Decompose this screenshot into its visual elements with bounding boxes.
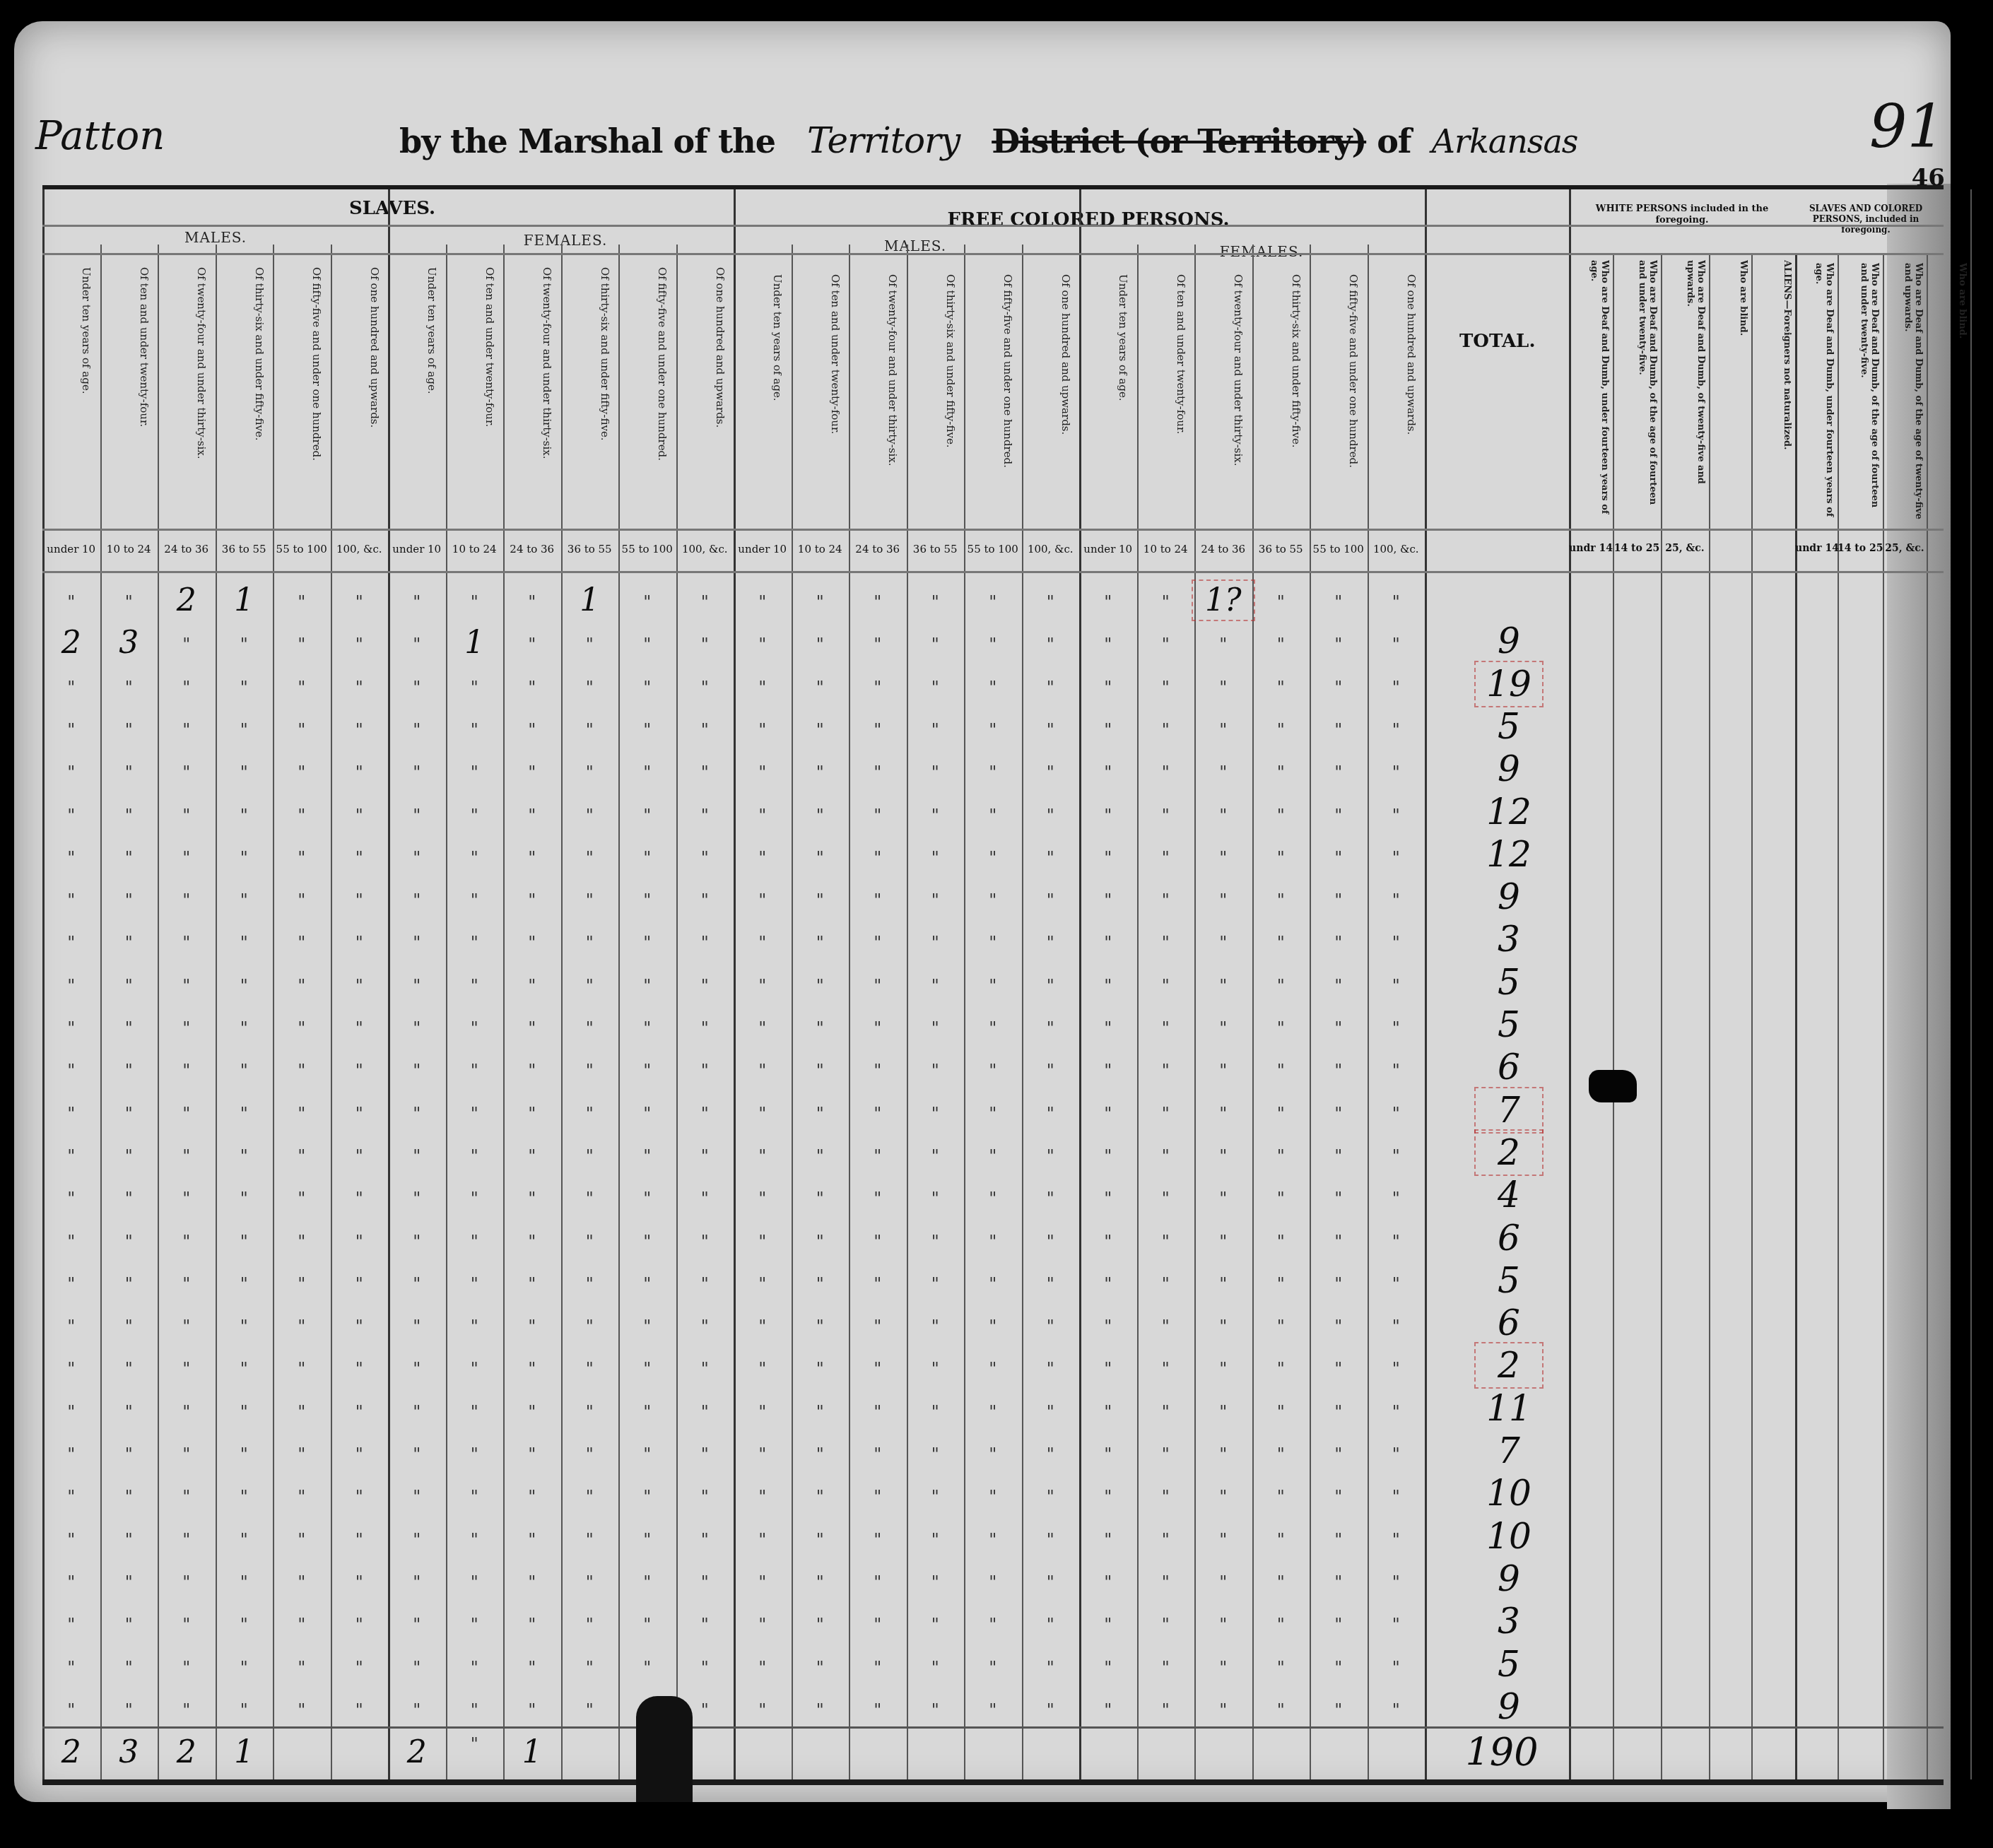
census-cell: " — [734, 806, 792, 825]
census-cell: " — [1022, 1274, 1080, 1294]
census-cell: " — [388, 635, 446, 654]
census-cell: " — [561, 678, 619, 698]
census-cell: " — [42, 592, 100, 612]
census-cell: " — [388, 592, 446, 612]
census-cell: " — [331, 1444, 389, 1464]
census-cell: " — [964, 1189, 1022, 1208]
census-cell: " — [158, 1487, 216, 1507]
age-range-label: 10 to 24 — [1137, 543, 1195, 555]
census-cell: " — [446, 933, 504, 953]
census-cell: " — [1310, 678, 1368, 698]
census-cell: " — [1252, 1317, 1310, 1336]
census-cell: " — [273, 933, 331, 953]
census-cell: " — [1368, 1700, 1425, 1720]
census-cell: " — [388, 1444, 446, 1464]
census-cell: " — [1079, 933, 1137, 953]
census-cell: " — [388, 848, 446, 868]
column-description: Of one hundred and upwards. — [686, 267, 726, 522]
age-range-label: 24 to 36 — [1194, 543, 1252, 555]
census-cell: " — [1310, 933, 1368, 953]
census-cell: " — [503, 1444, 561, 1464]
census-cell: " — [1310, 763, 1368, 782]
census-cell: " — [331, 890, 389, 910]
census-cell: " — [1079, 1104, 1137, 1124]
census-cell: " — [42, 763, 100, 782]
census-cell: " — [503, 1700, 561, 1720]
census-cell: " — [1252, 1018, 1310, 1038]
row-total: 9 — [1477, 1686, 1541, 1727]
census-cell: " — [734, 592, 792, 612]
census-cell: " — [158, 1317, 216, 1336]
census-cell: " — [1194, 1189, 1252, 1208]
census-cell: " — [331, 1274, 389, 1294]
census-cell: " — [216, 1530, 274, 1550]
census-cell: " — [1194, 720, 1252, 740]
census-cell: " — [907, 933, 965, 953]
census-cell: " — [100, 1018, 158, 1038]
census-cell: " — [446, 592, 504, 612]
census-cell: " — [331, 635, 389, 654]
census-cell: " — [1194, 1061, 1252, 1081]
census-cell: " — [618, 1572, 676, 1592]
census-cell: " — [100, 1232, 158, 1252]
census-cell: " — [964, 592, 1022, 612]
census-cell: " — [331, 1317, 389, 1336]
census-cell: " — [792, 1700, 849, 1720]
census-cell: " — [1194, 1700, 1252, 1720]
census-cell: " — [1194, 1146, 1252, 1166]
census-cell: " — [1252, 1658, 1310, 1678]
census-cell: " — [42, 1104, 100, 1124]
census-cell: " — [158, 1104, 216, 1124]
census-cell: " — [792, 848, 849, 868]
census-cell: " — [1368, 1402, 1425, 1422]
census-cell: " — [1194, 1104, 1252, 1124]
census-cell: " — [158, 1189, 216, 1208]
census-cell: " — [158, 1615, 216, 1635]
census-cell: 1 — [561, 582, 619, 618]
census-cell: " — [42, 1189, 100, 1208]
census-cell: " — [42, 1402, 100, 1422]
census-cell: " — [100, 1700, 158, 1720]
census-cell: " — [446, 1274, 504, 1294]
census-cell: " — [388, 1402, 446, 1422]
census-cell: " — [273, 1658, 331, 1678]
census-cell: " — [676, 1658, 734, 1678]
census-cell: " — [964, 1700, 1022, 1720]
census-cell: " — [849, 1359, 907, 1379]
slaves-males-label: MALES. — [42, 229, 389, 246]
census-cell: " — [1310, 720, 1368, 740]
census-cell: " — [388, 1572, 446, 1592]
row-total: 2 — [1477, 1345, 1541, 1386]
included-range-label: 14 to 25 — [1838, 543, 1883, 554]
census-cell: " — [1079, 763, 1137, 782]
census-cell: " — [216, 1359, 274, 1379]
census-cell: " — [849, 763, 907, 782]
census-cell: " — [1368, 1104, 1425, 1124]
census-cell: " — [849, 1018, 907, 1038]
census-cell: " — [676, 1274, 734, 1294]
age-range-label: 36 to 55 — [1252, 543, 1310, 555]
census-cell: " — [331, 1018, 389, 1038]
included-column-description: Who are blind. — [1713, 260, 1748, 522]
census-cell: " — [1252, 806, 1310, 825]
census-cell: " — [216, 1232, 274, 1252]
census-cell: " — [1022, 1189, 1080, 1208]
census-cell: " — [561, 1061, 619, 1081]
title-prefix: by the Marshal of the — [399, 122, 775, 160]
census-cell: " — [561, 1189, 619, 1208]
census-cell: " — [1194, 1658, 1252, 1678]
census-cell: " — [907, 635, 965, 654]
census-cell: " — [1252, 1359, 1310, 1379]
census-cell: " — [446, 1700, 504, 1720]
census-cell: " — [216, 635, 274, 654]
census-cell: " — [503, 592, 561, 612]
census-cell: " — [792, 1274, 849, 1294]
census-cell: " — [1252, 678, 1310, 698]
census-cell: " — [503, 1018, 561, 1038]
census-cell: " — [1252, 1487, 1310, 1507]
census-cell: " — [964, 763, 1022, 782]
census-cell: " — [792, 763, 849, 782]
census-cell: " — [158, 678, 216, 698]
census-cell: " — [734, 635, 792, 654]
census-cell: " — [1368, 720, 1425, 740]
census-cell: " — [42, 1359, 100, 1379]
census-cell: " — [216, 1189, 274, 1208]
column-description: Under ten years of age. — [1089, 274, 1129, 529]
census-cell: " — [446, 890, 504, 910]
census-cell: " — [561, 1104, 619, 1124]
census-cell: " — [907, 890, 965, 910]
census-cell: " — [42, 933, 100, 953]
census-cell: " — [388, 763, 446, 782]
census-cell: " — [964, 1487, 1022, 1507]
census-cell: " — [100, 933, 158, 953]
census-cell: " — [1137, 678, 1195, 698]
census-cell: " — [792, 1061, 849, 1081]
census-cell: " — [734, 1572, 792, 1592]
census-cell: " — [676, 763, 734, 782]
census-cell: " — [907, 1104, 965, 1124]
census-cell: " — [446, 1658, 504, 1678]
census-cell: " — [1194, 635, 1252, 654]
census-cell: " — [734, 890, 792, 910]
census-cell: " — [273, 1615, 331, 1635]
census-cell: " — [273, 1572, 331, 1592]
row-total: 3 — [1477, 1601, 1541, 1642]
census-cell: " — [964, 1061, 1022, 1081]
census-cell: " — [503, 1146, 561, 1166]
census-cell: " — [158, 976, 216, 996]
totals-cell: 3 — [100, 1734, 158, 1770]
census-cell: 2 — [42, 625, 100, 661]
census-cell: " — [100, 1274, 158, 1294]
column-description: Under ten years of age. — [52, 267, 92, 522]
census-cell: " — [1079, 1615, 1137, 1635]
census-cell: " — [1022, 976, 1080, 996]
column-description: Of fifty-five and under one hundred. — [974, 274, 1013, 529]
census-cell: " — [100, 1658, 158, 1678]
census-cell: " — [1022, 678, 1080, 698]
age-range-label: 36 to 55 — [216, 543, 274, 555]
census-cell: " — [1252, 1700, 1310, 1720]
census-cell: " — [446, 1189, 504, 1208]
census-cell: " — [216, 1018, 274, 1038]
census-cell: " — [42, 1274, 100, 1294]
census-cell: " — [849, 678, 907, 698]
column-rule — [1795, 253, 1797, 1779]
census-cell: " — [676, 592, 734, 612]
census-cell: " — [849, 635, 907, 654]
census-cell: " — [1137, 1018, 1195, 1038]
census-cell: " — [1194, 890, 1252, 910]
census-cell: " — [158, 1146, 216, 1166]
included-column-description: Who are Deaf and Dumb, under fourteen ye… — [1573, 260, 1610, 522]
census-cell: " — [100, 1402, 158, 1422]
census-cell: " — [42, 1487, 100, 1507]
census-cell: " — [1194, 1572, 1252, 1592]
census-cell: " — [618, 1146, 676, 1166]
census-cell: " — [676, 1402, 734, 1422]
census-cell: " — [158, 1232, 216, 1252]
census-cell: " — [618, 1487, 676, 1507]
census-cell: " — [100, 763, 158, 782]
census-cell: " — [503, 1572, 561, 1592]
census-cell: " — [792, 1658, 849, 1678]
census-cell: " — [676, 848, 734, 868]
census-cell: " — [1310, 1018, 1368, 1038]
census-cell: " — [618, 1658, 676, 1678]
census-cell: " — [216, 1572, 274, 1592]
census-cell: " — [1310, 1146, 1368, 1166]
census-cell: " — [1022, 806, 1080, 825]
census-cell: " — [734, 1359, 792, 1379]
census-cell: " — [907, 678, 965, 698]
census-cell: " — [792, 890, 849, 910]
census-cell: " — [849, 806, 907, 825]
census-cell: " — [42, 720, 100, 740]
census-cell: " — [1137, 635, 1195, 654]
census-cell: " — [561, 1444, 619, 1464]
census-cell: " — [216, 848, 274, 868]
census-cell: " — [273, 1317, 331, 1336]
age-range-label: 24 to 36 — [158, 543, 216, 555]
age-range-label: under 10 — [1079, 543, 1137, 555]
census-cell: " — [734, 1530, 792, 1550]
census-cell: " — [1079, 635, 1137, 654]
census-cell: " — [907, 1487, 965, 1507]
census-cell: " — [618, 1189, 676, 1208]
census-cell: " — [792, 1104, 849, 1124]
census-cell: " — [1137, 592, 1195, 612]
census-cell: " — [676, 976, 734, 996]
census-cell: " — [964, 720, 1022, 740]
census-cell: " — [273, 720, 331, 740]
census-cell: " — [1079, 890, 1137, 910]
census-cell: " — [907, 1444, 965, 1464]
census-cell: " — [734, 1018, 792, 1038]
census-cell: " — [1022, 1402, 1080, 1422]
age-range-label: 10 to 24 — [100, 543, 158, 555]
census-cell: " — [964, 1274, 1022, 1294]
census-cell: " — [1310, 1274, 1368, 1294]
census-cell: " — [1137, 933, 1195, 953]
census-cell: " — [1310, 1530, 1368, 1550]
census-cell: " — [849, 1615, 907, 1635]
census-cell: " — [849, 1530, 907, 1550]
age-range-label: 100, &c. — [331, 543, 389, 555]
census-cell: " — [1252, 1444, 1310, 1464]
census-cell: " — [849, 1104, 907, 1124]
age-range-label: 100, &c. — [1368, 543, 1425, 555]
census-cell: " — [100, 1530, 158, 1550]
census-cell: " — [1079, 720, 1137, 740]
census-cell: " — [618, 1530, 676, 1550]
census-cell: " — [158, 1061, 216, 1081]
column-description: Of one hundred and upwards. — [341, 267, 380, 522]
census-cell: " — [1137, 1317, 1195, 1336]
census-cell: " — [446, 1146, 504, 1166]
census-cell: " — [849, 976, 907, 996]
census-cell: " — [158, 848, 216, 868]
page-title: by the Marshal of the Territory District… — [399, 120, 1577, 161]
census-cell: " — [618, 1402, 676, 1422]
census-cell: " — [1022, 1572, 1080, 1592]
census-cell: " — [618, 933, 676, 953]
census-cell: " — [907, 1572, 965, 1592]
column-description: Of twenty-four and under thirty-six. — [167, 267, 207, 522]
census-cell: " — [158, 1444, 216, 1464]
row-total: 10 — [1477, 1516, 1541, 1557]
row-total: 9 — [1477, 620, 1541, 661]
census-cell: " — [792, 678, 849, 698]
grand-total: 190 — [1449, 1730, 1555, 1775]
census-cell: " — [1252, 890, 1310, 910]
census-cell: " — [100, 806, 158, 825]
census-cell: " — [503, 890, 561, 910]
census-cell: " — [1252, 1104, 1310, 1124]
census-cell: " — [331, 1359, 389, 1379]
census-cell: " — [446, 1402, 504, 1422]
census-cell: " — [1022, 763, 1080, 782]
census-cell: " — [273, 890, 331, 910]
column-rule — [1883, 253, 1884, 1779]
column-description: Of fifty-five and under one hundred. — [1319, 274, 1359, 529]
census-cell: " — [1079, 1274, 1137, 1294]
census-cell: " — [1252, 592, 1310, 612]
census-cell: " — [1022, 1104, 1080, 1124]
census-cell: " — [907, 976, 965, 996]
census-cell: " — [561, 890, 619, 910]
census-cell: " — [331, 763, 389, 782]
census-cell: " — [964, 1317, 1022, 1336]
census-cell: " — [1022, 635, 1080, 654]
census-cell: " — [388, 1487, 446, 1507]
census-cell: " — [503, 1658, 561, 1678]
row-rule — [42, 253, 1944, 255]
census-cell: " — [676, 1232, 734, 1252]
census-cell: " — [1194, 1232, 1252, 1252]
census-cell: " — [42, 1700, 100, 1720]
census-cell: " — [1252, 1615, 1310, 1635]
census-cell: " — [1368, 1615, 1425, 1635]
census-cell: " — [964, 976, 1022, 996]
handwritten-page-number: 91 — [1869, 92, 1945, 161]
census-cell: " — [964, 848, 1022, 868]
census-cell: " — [561, 1658, 619, 1678]
census-cell: " — [1252, 1572, 1310, 1592]
census-cell: " — [1137, 1530, 1195, 1550]
included-column-description: Who are Deaf and Dumb, of twenty-five an… — [1665, 260, 1706, 522]
census-cell: " — [273, 976, 331, 996]
census-cell: " — [42, 1444, 100, 1464]
census-cell: " — [1079, 976, 1137, 996]
census-cell: " — [1137, 1658, 1195, 1678]
census-cell: " — [734, 1061, 792, 1081]
census-cell: " — [1368, 763, 1425, 782]
census-cell: " — [676, 1061, 734, 1081]
census-cell: " — [618, 635, 676, 654]
census-cell: " — [792, 1018, 849, 1038]
row-total: 12 — [1477, 834, 1541, 875]
census-cell: " — [273, 1061, 331, 1081]
census-cell: " — [849, 848, 907, 868]
census-cell: " — [42, 806, 100, 825]
census-cell: " — [734, 976, 792, 996]
census-cell: " — [216, 763, 274, 782]
row-total: 11 — [1477, 1388, 1541, 1429]
census-cell: " — [907, 1061, 965, 1081]
census-cell: " — [907, 1615, 965, 1635]
census-cell: " — [42, 848, 100, 868]
census-cell: " — [158, 1572, 216, 1592]
census-cell: " — [446, 1018, 504, 1038]
census-cell: " — [1022, 1061, 1080, 1081]
census-cell: " — [734, 1658, 792, 1678]
census-cell: " — [273, 1274, 331, 1294]
census-cell: " — [216, 678, 274, 698]
census-cell: " — [158, 1018, 216, 1038]
census-cell: " — [100, 1615, 158, 1635]
census-cell: " — [1079, 1487, 1137, 1507]
census-cell: " — [849, 1146, 907, 1166]
census-cell: " — [618, 1104, 676, 1124]
census-cell: " — [618, 1018, 676, 1038]
census-cell: " — [1368, 1317, 1425, 1336]
census-cell: " — [42, 1232, 100, 1252]
census-cell: " — [273, 1402, 331, 1422]
census-cell: " — [1079, 1530, 1137, 1550]
census-cell: " — [158, 763, 216, 782]
census-cell: " — [1194, 1444, 1252, 1464]
census-cell: " — [331, 1700, 389, 1720]
census-cell: " — [734, 1104, 792, 1124]
census-cell: " — [676, 1359, 734, 1379]
census-cell: " — [100, 1572, 158, 1592]
census-cell: " — [503, 1104, 561, 1124]
census-cell: " — [792, 1146, 849, 1166]
census-cell: " — [273, 1530, 331, 1550]
census-cell: " — [792, 1232, 849, 1252]
census-cell: " — [734, 678, 792, 698]
census-cell: " — [849, 1700, 907, 1720]
census-cell: " — [792, 1572, 849, 1592]
census-cell: " — [849, 1317, 907, 1336]
census-cell: " — [618, 1444, 676, 1464]
